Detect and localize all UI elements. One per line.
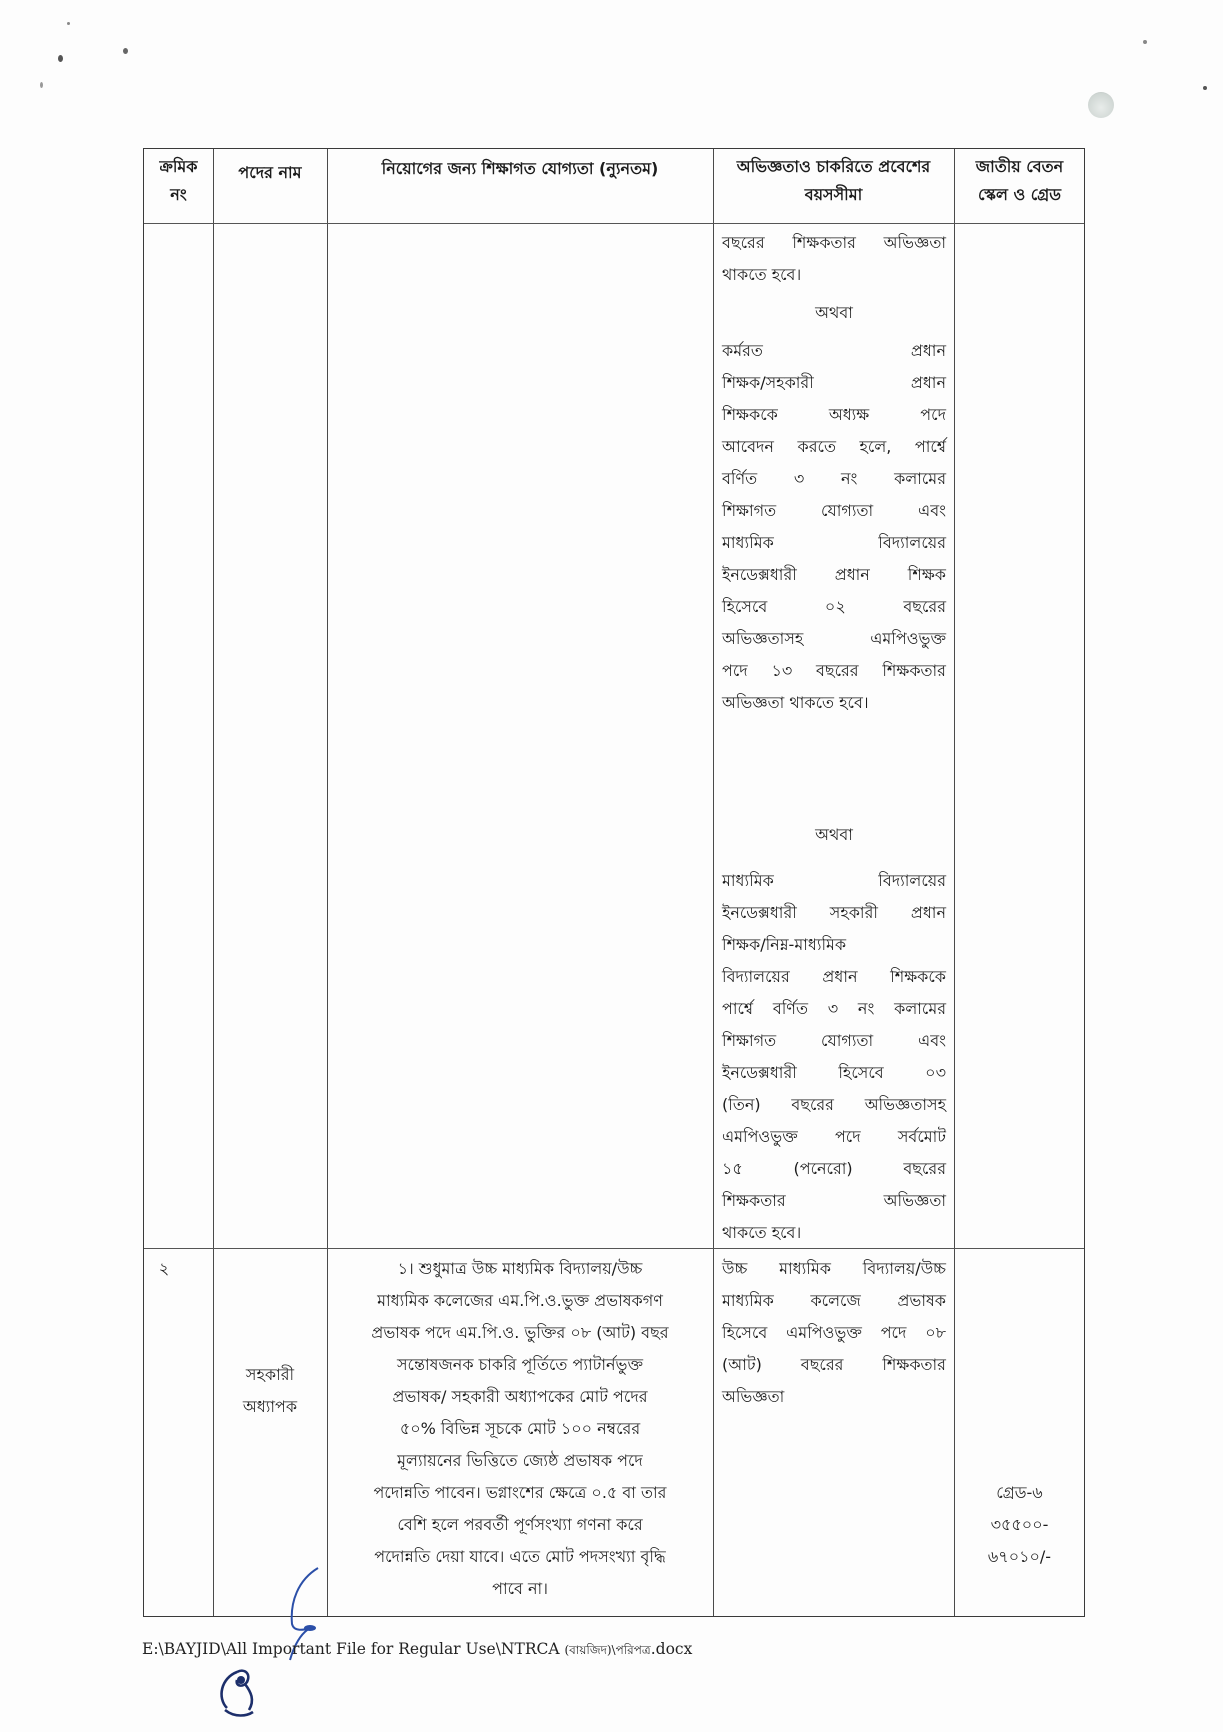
scan-speck — [67, 22, 70, 25]
file-path-bengali: (বায়জিদ)\পরিপত্র — [564, 1643, 650, 1657]
punch-hole — [1088, 92, 1114, 118]
file-path-latin: E:\BAYJID\All Important File for Regular… — [142, 1640, 564, 1658]
file-extension: .docx — [651, 1640, 693, 1658]
scan-speck — [40, 82, 43, 88]
row2-serial: ২ — [144, 1253, 184, 1285]
file-path-footer: E:\BAYJID\All Important File for Regular… — [142, 1640, 692, 1662]
exp-block-2: কর্মরত প্রধান শিক্ষক/সহকারী প্রধান শিক্ষ… — [722, 335, 946, 719]
scan-speck — [58, 55, 63, 62]
or-divider-1: অথবা — [722, 297, 946, 329]
signature-initials — [215, 1660, 275, 1720]
row2-pay-scale: গ্রেড-৬ ৩৫৫০০- ৬৭০১০/- — [954, 1477, 1085, 1573]
scan-speck — [123, 48, 128, 54]
column-divider — [327, 149, 328, 1616]
exp-block-3: মাধ্যমিক বিদ্যালয়ের ইনডেক্সধারী সহকারী … — [722, 865, 946, 1249]
scan-speck — [1143, 40, 1147, 44]
column-divider — [954, 149, 955, 1616]
row2-post-name: সহকারী অধ্যাপক — [213, 1359, 327, 1423]
recruitment-table: ক্রমিক নং পদের নাম নিয়োগের জন্য শিক্ষাগ… — [143, 148, 1085, 1617]
exp-block-1: বছরের শিক্ষকতার অভিজ্ঞতা থাকতে হবে। — [722, 227, 946, 291]
header-pay-scale: জাতীয় বেতন স্কেল ও গ্রেড — [954, 153, 1085, 209]
column-divider — [713, 149, 714, 1616]
header-serial: ক্রমিক নং — [144, 153, 213, 209]
header-experience: অভিজ্ঞতাও চাকরিতে প্রবেশের বয়সসীমা — [713, 153, 954, 209]
scan-speck — [1203, 86, 1207, 90]
header-divider — [144, 223, 1084, 224]
or-divider-2: অথবা — [722, 819, 946, 851]
header-post-name: পদের নাম — [213, 159, 327, 187]
row1-experience: বছরের শিক্ষকতার অভিজ্ঞতা থাকতে হবে। অথবা… — [722, 227, 946, 1249]
header-qualification: নিয়োগের জন্য শিক্ষাগত যোগ্যতা (ন্যুনতম) — [327, 155, 713, 183]
row2-qualification: ১। শুধুমাত্র উচ্চ মাধ্যমিক বিদ্যালয়/উচ্… — [330, 1253, 710, 1605]
row2-experience: উচ্চ মাধ্যমিক বিদ্যালয়/উচ্চ মাধ্যমিক কল… — [722, 1253, 946, 1413]
